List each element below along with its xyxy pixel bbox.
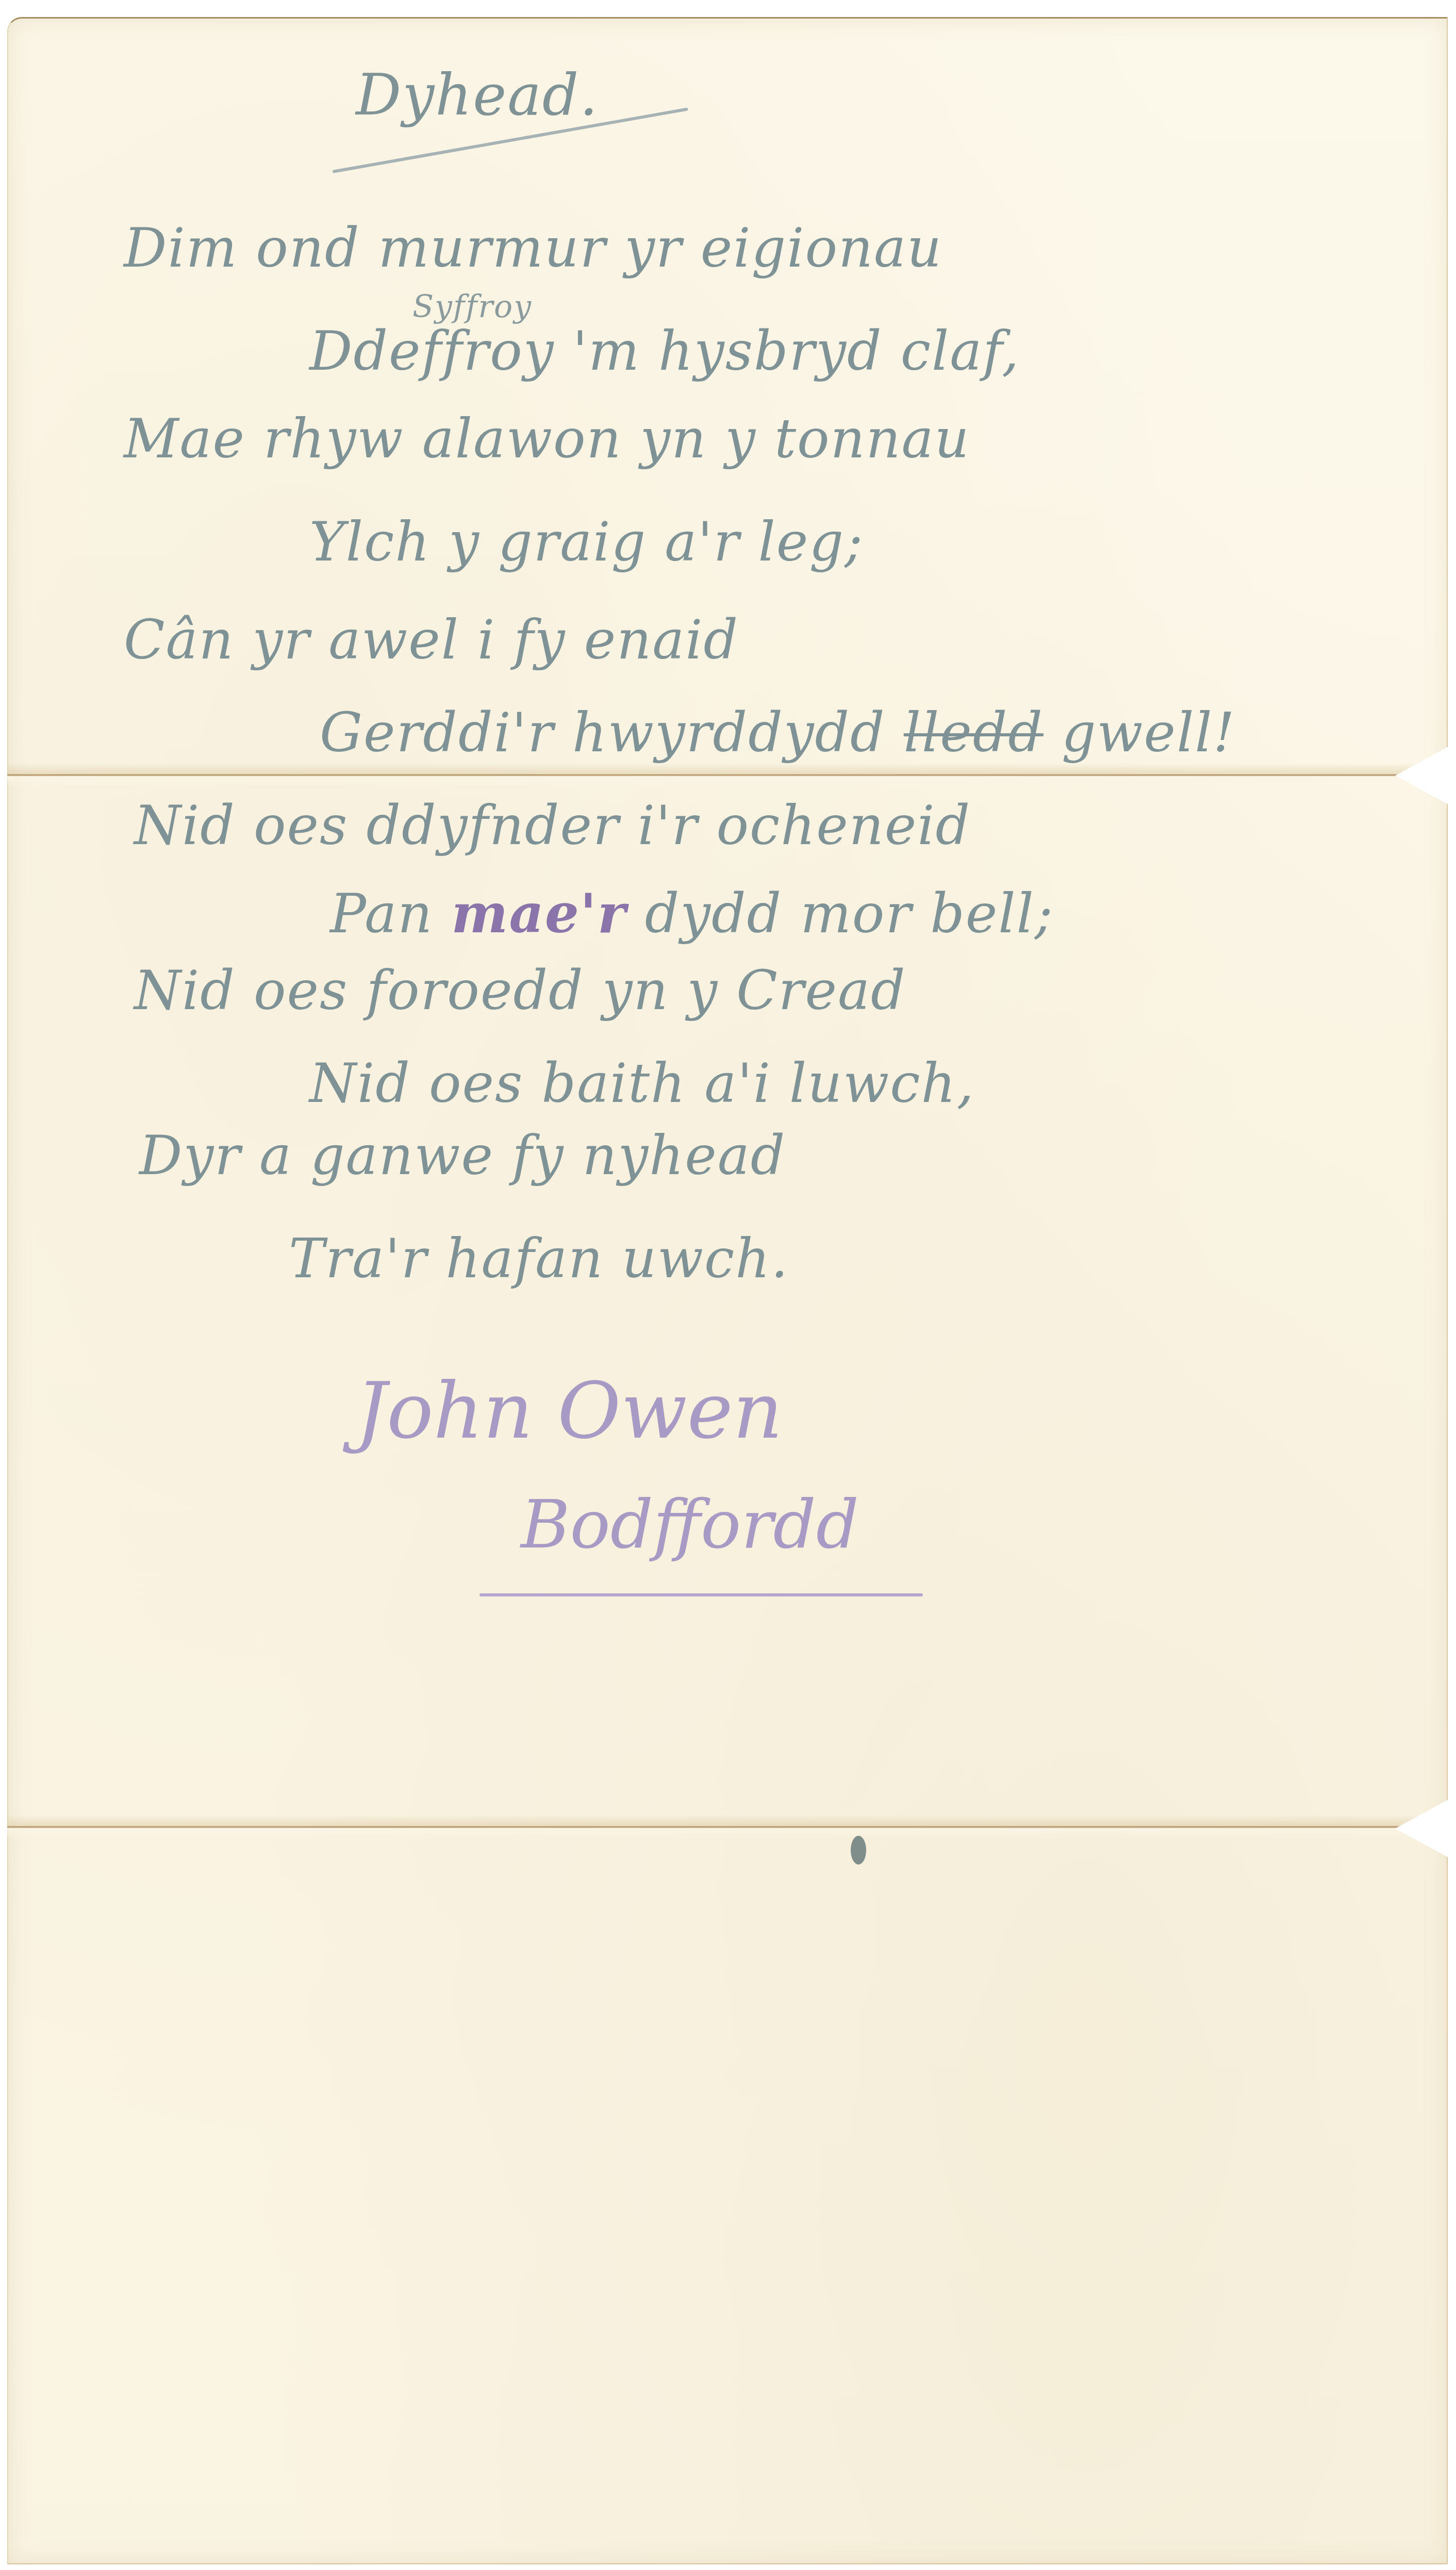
fold-crease-lower — [7, 1815, 1446, 1839]
poem-line-7: Nid oes ddyfnder i'r ocheneid — [134, 794, 971, 857]
poem-line-11: Dyr a ganwe fy nyhead — [139, 1124, 786, 1187]
paper-sheet — [7, 17, 1448, 2564]
poem-line-2: Ddeffroy 'm hysbryd claf, — [309, 320, 1020, 383]
edge-tear-lower — [1395, 1798, 1452, 1859]
poem-title: Dyhead. — [356, 62, 599, 128]
struck-word: lledd — [904, 701, 1044, 764]
line-6-start: Gerddi'r hwyrddydd — [320, 701, 886, 764]
signature-place: Bodffordd — [521, 1485, 859, 1563]
poem-line-1: Dim ond murmur yr eigionau — [124, 217, 942, 279]
poem-line-3: Mae rhyw alawon yn y tonnau — [124, 407, 970, 470]
poem-line-8: Pan mae'r dydd mor bell; — [330, 882, 1054, 945]
poem-line-5: Cân yr awel i fy enaid — [124, 608, 739, 671]
line-8-start: Pan — [330, 882, 433, 945]
poem-line-10: Nid oes baith a'i luwch, — [309, 1052, 975, 1115]
poem-line-12: Tra'r hafan uwch. — [289, 1227, 789, 1290]
fold-crease-upper — [7, 763, 1446, 787]
purple-correction: mae'r — [451, 882, 626, 945]
poem-line-4: Ylch y graig a'r leg; — [309, 510, 864, 573]
signature-name: John Owen — [356, 1366, 783, 1456]
edge-tear-upper — [1395, 745, 1452, 806]
poem-line-6: Gerddi'r hwyrddydd lledd gwell! — [320, 701, 1235, 764]
ink-blot — [851, 1836, 866, 1865]
signature-underline — [479, 1593, 923, 1596]
line-8-end: dydd mor bell; — [645, 882, 1054, 945]
line-6-end: gwell! — [1062, 701, 1235, 764]
poem-line-9: Nid oes foroedd yn y Cread — [134, 959, 906, 1022]
